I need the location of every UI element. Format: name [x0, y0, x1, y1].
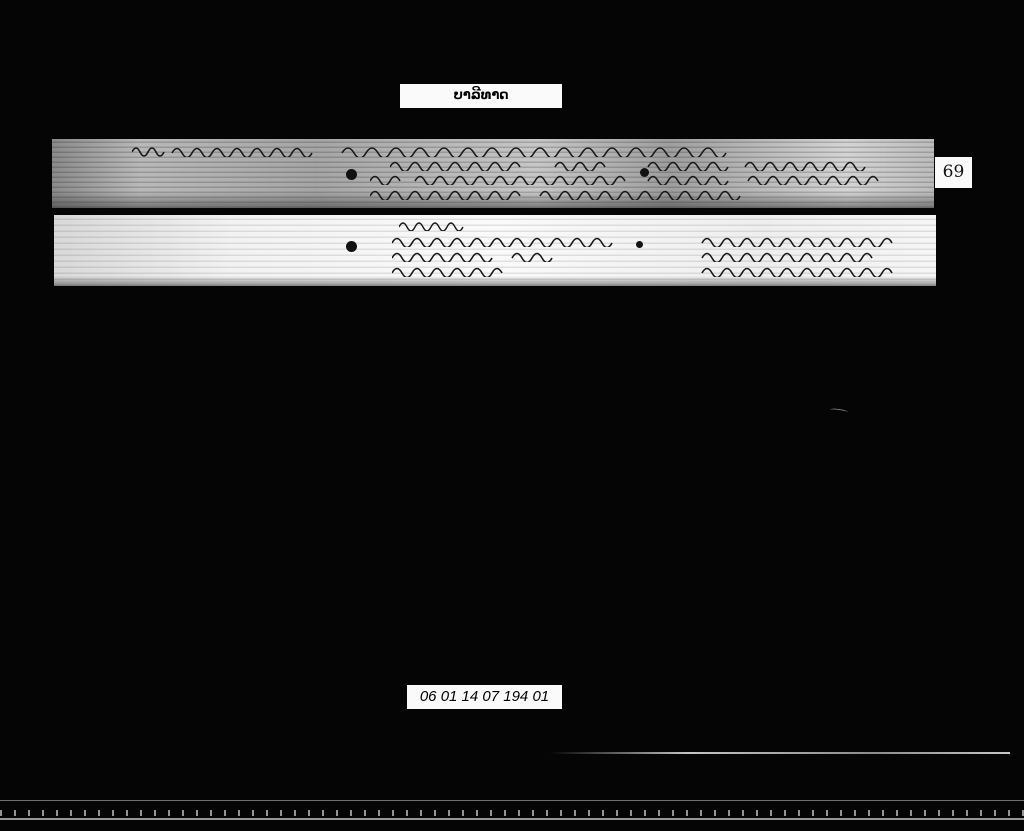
leaf-shadow	[54, 276, 936, 286]
lower-leaf-heading	[399, 217, 479, 231]
page-number-label: 69	[935, 157, 972, 188]
upper-leaf-line-4	[370, 186, 750, 200]
upper-leaf-line-3	[370, 171, 920, 185]
manuscript-title-label: ບາລີທາດ	[400, 84, 562, 108]
catalog-code-label: 06 01 14 07 194 01	[407, 685, 562, 709]
scan-artifact	[830, 408, 848, 414]
scan-tick-row	[0, 810, 1024, 816]
palm-leaf-upper	[52, 139, 934, 208]
lower-leaf-line-3	[392, 263, 912, 277]
palm-leaf-lower	[54, 215, 936, 286]
lower-leaf-line-2	[392, 248, 912, 262]
upper-leaf-line-2	[390, 157, 910, 171]
upper-leaf-line-1	[132, 143, 752, 157]
binding-hole	[346, 169, 357, 180]
scan-edge-line	[0, 800, 1024, 801]
lower-leaf-line-1	[392, 233, 912, 247]
scan-streak	[550, 752, 1010, 754]
binding-hole	[346, 241, 357, 252]
scan-edge-line	[0, 818, 1024, 820]
